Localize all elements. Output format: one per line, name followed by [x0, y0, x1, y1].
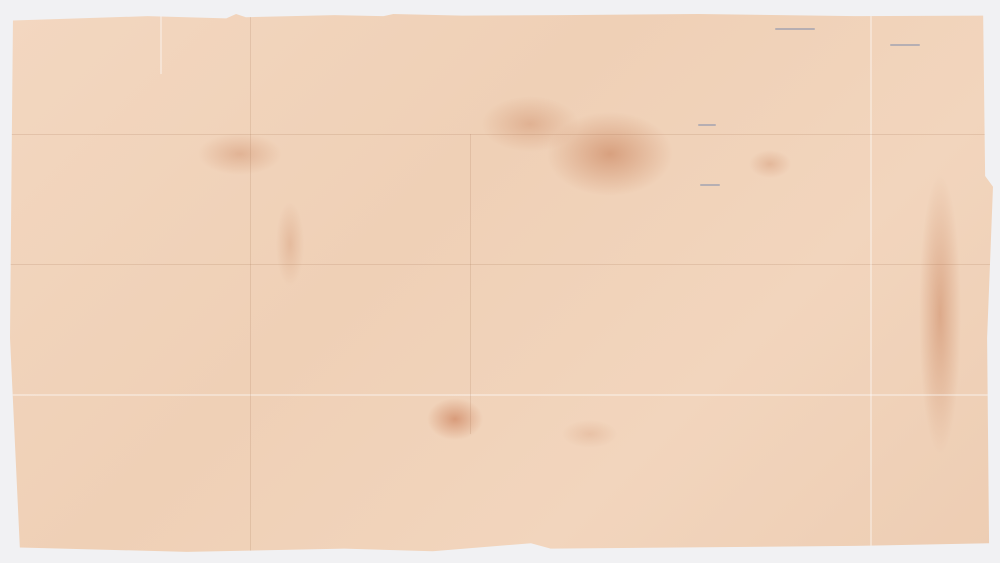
paper-crease [10, 264, 993, 265]
faint-pencil-mark [775, 28, 815, 30]
faint-pencil-mark [698, 124, 716, 126]
paper-crease [470, 134, 471, 434]
photo-scene [0, 0, 1000, 563]
faint-pencil-mark [700, 184, 720, 186]
paper-crease [250, 14, 251, 554]
paper-crease [160, 14, 162, 74]
paper-crease [870, 14, 872, 554]
paper-crease [10, 394, 993, 396]
aged-paper-sheet [10, 14, 993, 554]
paper-crease [10, 134, 993, 135]
faint-pencil-mark [890, 44, 920, 46]
